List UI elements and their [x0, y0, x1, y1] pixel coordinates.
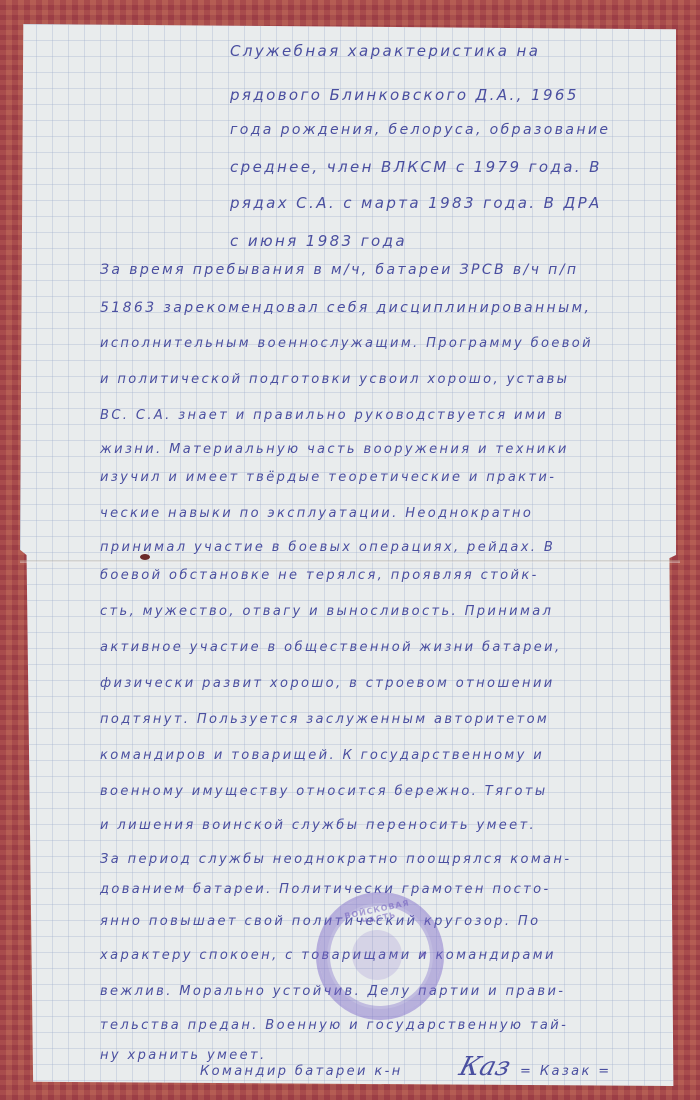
body-line-11: сть, мужество, отвагу и выносливость. Пр…: [100, 604, 553, 619]
body-line-9: принимал участие в боевых операциях, рей…: [100, 540, 555, 555]
signature-scribble: Каз: [456, 1052, 514, 1082]
header-line-2: рядового Блинковского Д.А., 1965: [230, 86, 579, 104]
body-line-2: 51863 зарекомендовал себя дисциплинирова…: [100, 300, 591, 316]
body-line-24: ну хранить умеет.: [100, 1048, 267, 1063]
signature-label: Командир батареи к-н: [200, 1064, 403, 1079]
body-line-23: тельства предан. Военную и государственн…: [100, 1018, 568, 1033]
body-line-5: ВС. С.А. знает и правильно руководствует…: [100, 408, 564, 423]
header-line-6: с июня 1983 года: [230, 232, 407, 250]
body-line-3: исполнительным военнослужащим. Программу…: [100, 336, 593, 351]
body-line-1: За время пребывания в м/ч, батареи ЗРСВ …: [100, 262, 578, 278]
header-line-4: среднее, член ВЛКСМ с 1979 года. В: [230, 158, 602, 176]
body-line-15: командиров и товарищей. К государственно…: [100, 748, 544, 763]
stamp-emblem: [352, 930, 402, 980]
body-line-16: военному имуществу относится бережно. Тя…: [100, 784, 548, 799]
body-line-18: За период службы неоднократно поощрялся …: [100, 852, 571, 867]
body-line-17: и лишения воинской службы переносить уме…: [100, 818, 536, 833]
header-line-1: Служебная характеристика на: [230, 42, 540, 60]
body-line-7: изучил и имеет твёрдые теоретические и п…: [100, 470, 556, 485]
body-line-13: физически развит хорошо, в строевом отно…: [100, 676, 555, 691]
body-line-20: янно повышает свой политический кругозор…: [100, 914, 540, 929]
body-line-4: и политической подготовки усвоил хорошо,…: [100, 372, 569, 387]
body-line-6: жизни. Материальную часть вооружения и т…: [100, 442, 569, 457]
body-line-10: боевой обстановке не терялся, проявляя с…: [100, 568, 539, 583]
header-line-5: рядах С.А. с марта 1983 года. В ДРА: [230, 194, 602, 212]
signatory-name: = Казак =: [520, 1064, 612, 1079]
header-line-3: года рождения, белоруса, образование: [230, 122, 610, 138]
body-line-8: ческие навыки по эксплуатации. Неоднокра…: [100, 506, 533, 521]
body-line-14: подтянут. Пользуется заслуженным авторит…: [100, 712, 549, 727]
body-line-19: дованием батареи. Политически грамотен п…: [100, 882, 551, 897]
body-line-12: активное участие в общественной жизни ба…: [100, 640, 562, 655]
star-icon: ★: [418, 948, 428, 961]
fold-crease: [20, 560, 680, 563]
